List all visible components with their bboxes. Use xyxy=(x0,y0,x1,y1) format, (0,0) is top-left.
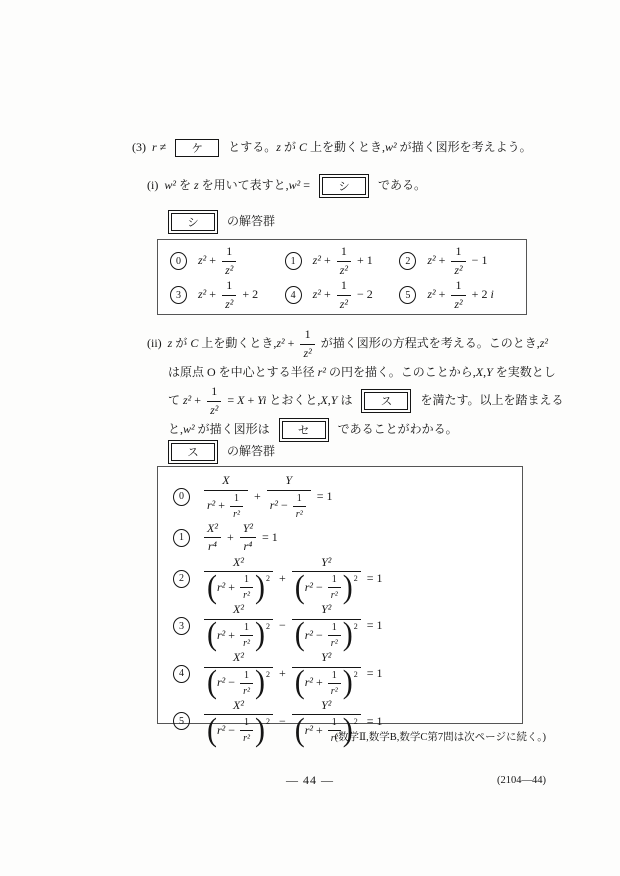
math-variable: r² xyxy=(331,685,338,698)
math-row: z² + 1z² − 2 xyxy=(313,278,373,312)
paren-exponent: 2 xyxy=(266,670,270,680)
math-text: 1 xyxy=(211,384,217,400)
paren-group: (r² − 1r²)2 xyxy=(295,621,358,650)
fraction: Y²(r² + 1r²)2 xyxy=(292,650,361,698)
fraction: 1r² xyxy=(240,716,253,745)
fraction: 1r² xyxy=(328,669,341,698)
answer-slot-シ: シ xyxy=(322,177,366,195)
math-variable: z² xyxy=(198,287,206,303)
close-paren: ) xyxy=(343,623,353,649)
open-paren: ( xyxy=(295,718,305,744)
paren-exponent: 2 xyxy=(354,622,358,632)
math-variable: w² xyxy=(183,422,195,438)
math-row: r² − 1r² xyxy=(305,621,343,650)
math-text: 1 xyxy=(456,244,462,260)
math-text: − xyxy=(313,580,326,596)
math-row: は原点 O を中心とする半径 r² の円を描く。このことから,X,Y を実数とし xyxy=(168,365,556,381)
math-variable: r² xyxy=(217,580,225,596)
math-text: とする。 xyxy=(225,140,276,156)
fraction: Y²(r² − 1r²)2 xyxy=(292,602,361,650)
math-row: r² + 1r² xyxy=(207,492,245,521)
math-text: とおくと, xyxy=(266,393,320,409)
math-variable: z² xyxy=(313,287,321,303)
math-text: = xyxy=(224,393,237,409)
open-paren: ( xyxy=(295,575,305,601)
paren-exponent: 2 xyxy=(354,574,358,584)
math-variable: Yi xyxy=(257,393,266,409)
answer-slot-ス: ス xyxy=(364,392,408,410)
fraction: 1r² xyxy=(328,573,341,602)
math-text: − 2 xyxy=(354,287,373,303)
math-variable: r² xyxy=(305,675,313,691)
math-text: 1 xyxy=(332,716,337,729)
option-row-0: 0z² + 1z² xyxy=(170,244,285,278)
paren-group: (r² + 1r²)2 xyxy=(207,621,270,650)
fraction: X²(r² + 1r²)2 xyxy=(204,555,273,603)
math-variable: X xyxy=(222,473,229,489)
math-variable: r² xyxy=(296,508,303,521)
math-text: (ii) xyxy=(147,336,168,352)
math-text: が xyxy=(281,140,299,156)
math-row: z² + 1z² + 2 xyxy=(198,278,258,312)
math-text: 1 xyxy=(305,327,311,343)
math-variable: Y² xyxy=(321,650,331,666)
math-text: は xyxy=(337,393,355,409)
math-variable: r² xyxy=(331,589,338,602)
math-text: + 2 xyxy=(469,287,491,303)
math-row: て z² + 1z² = X + Yi とおくと,X,Y は ス を満たす。以上… xyxy=(168,384,564,418)
math-text: + xyxy=(206,253,219,269)
math-text: + xyxy=(244,393,257,409)
fraction: X²(r² − 1r²)2 xyxy=(204,650,273,698)
math-text: = 1 xyxy=(364,666,383,682)
paragraph-line-3: て z² + 1z² = X + Yi とおくと,X,Y は ス を満たす。以上… xyxy=(168,384,559,418)
math-text: の円を描く。このことから, xyxy=(326,365,476,381)
circled-number-5: 5 xyxy=(173,712,190,730)
math-row: X²(r² − 1r²)2 + Y²(r² + 1r²)2 = 1 xyxy=(201,650,382,698)
math-variable: r⁴ xyxy=(243,539,252,555)
open-paren: ( xyxy=(207,623,217,649)
fraction: Xr² + 1r² xyxy=(204,473,248,521)
math-text: = 1 xyxy=(364,571,383,587)
math-row: (ii) z が C 上を動くとき,z² + 1z² が描く図形の方程式を考える… xyxy=(147,327,548,361)
math-text: ≠ xyxy=(157,140,170,156)
fraction: 1r² xyxy=(240,573,253,602)
math-text: 1 xyxy=(297,492,302,505)
group-su-header: ス の解答群 xyxy=(162,443,275,461)
math-variable: C xyxy=(299,140,307,156)
continue-note: (数学Ⅱ,数学B,数学C第7問は次ページに続く。) xyxy=(335,729,546,744)
math-row: z² + 1z² + 2 i xyxy=(427,278,493,312)
close-paren: ) xyxy=(255,718,265,744)
math-text: を満たす。以上を踏まえる xyxy=(417,393,563,409)
fraction: 1r² xyxy=(240,621,253,650)
math-row: Xr² + 1r² + Yr² − 1r² = 1 xyxy=(201,473,332,521)
math-row: z² + 1z² + 1 xyxy=(313,244,373,278)
math-text: − xyxy=(313,628,326,644)
math-variable: z² xyxy=(427,253,435,269)
math-variable: z² xyxy=(276,336,284,352)
math-row: (3) r ≠ ケ とする。z が C 上を動くとき,w² が描く図形を考えよう… xyxy=(132,139,532,157)
math-row: r² − 1r² xyxy=(217,716,255,745)
math-text: が描く図形は xyxy=(195,422,273,438)
option-row-3: 3X²(r² + 1r²)2 − Y²(r² − 1r²)2 = 1 xyxy=(173,602,522,650)
math-text: (i) xyxy=(147,178,164,194)
math-text: + xyxy=(191,393,204,409)
close-paren: ) xyxy=(343,670,353,696)
option-row-3: 3z² + 1z² + 2 xyxy=(170,278,285,312)
math-text: − xyxy=(276,714,289,730)
math-variable: X xyxy=(320,393,327,409)
math-text: − xyxy=(276,618,289,634)
math-text: − 1 xyxy=(469,253,488,269)
math-variable: r⁴ xyxy=(208,539,217,555)
fraction: 1z² xyxy=(451,278,465,312)
math-variable: z² xyxy=(340,263,348,279)
math-row: と,w² が描く図形は セ であることがわかる。 xyxy=(168,421,458,439)
math-text: = 1 xyxy=(364,618,383,634)
math-text: + 2 xyxy=(239,287,258,303)
option-row-4: 4z² + 1z² − 2 xyxy=(285,278,400,312)
math-text: 1 xyxy=(244,669,249,682)
math-text: 1 xyxy=(244,621,249,634)
math-text: + xyxy=(436,287,449,303)
math-text: 上を動くとき, xyxy=(198,336,276,352)
math-variable: r² xyxy=(305,723,313,739)
math-variable: Y xyxy=(285,473,292,489)
option-row-2: 2X²(r² + 1r²)2 + Y²(r² − 1r²)2 = 1 xyxy=(173,555,522,603)
close-paren: ) xyxy=(255,575,265,601)
math-row: z² + 1z² − 1 xyxy=(427,244,487,278)
math-variable: z² xyxy=(198,253,206,269)
math-text: が描く図形の方程式を考える。このとき, xyxy=(318,336,540,352)
math-text: を用いて表すと, xyxy=(199,178,289,194)
math-text: を実数とし xyxy=(493,365,556,381)
group-su-options-box: 0Xr² + 1r² + Yr² − 1r² = 11X²r⁴ + Y²r⁴ =… xyxy=(157,466,523,724)
fraction: 1r² xyxy=(328,621,341,650)
math-variable: Y xyxy=(331,393,338,409)
math-text: + xyxy=(225,628,238,644)
math-text: + 1 xyxy=(354,253,373,269)
math-variable: C xyxy=(190,336,198,352)
math-text: 1 xyxy=(332,669,337,682)
circled-number-5: 5 xyxy=(399,286,416,304)
answer-group-title: の解答群 xyxy=(224,444,275,460)
option-row-1: 1X²r⁴ + Y²r⁴ = 1 xyxy=(173,521,522,555)
math-text: 1 xyxy=(244,716,249,729)
math-text: て xyxy=(168,393,183,409)
fraction: X²(r² − 1r²)2 xyxy=(204,698,273,746)
math-variable: r² xyxy=(207,498,215,514)
fraction: 1r² xyxy=(293,492,306,521)
answer-slot-シ: シ xyxy=(171,213,215,231)
circled-number-3: 3 xyxy=(173,617,190,635)
math-row: r² + 1r² xyxy=(217,621,255,650)
math-text: 1 xyxy=(226,244,232,260)
paren-group: (r² − 1r²)2 xyxy=(207,716,270,745)
math-text: である。 xyxy=(375,178,426,194)
paren-exponent: 2 xyxy=(354,670,358,680)
exam-page: (3) r ≠ ケ とする。z が C 上を動くとき,w² が描く図形を考えよう… xyxy=(0,0,620,876)
close-paren: ) xyxy=(255,623,265,649)
math-row: r² + 1r² xyxy=(305,669,343,698)
math-variable: w² xyxy=(289,178,301,194)
math-row: r² − 1r² xyxy=(217,669,255,698)
math-text: 上を動くとき, xyxy=(307,140,385,156)
option-row-2: 2z² + 1z² − 1 xyxy=(399,244,514,278)
math-variable: z² xyxy=(210,403,218,419)
paren-exponent: 2 xyxy=(266,622,270,632)
math-variable: r² xyxy=(233,508,240,521)
close-paren: ) xyxy=(343,575,353,601)
math-variable: z² xyxy=(225,263,233,279)
answer-slot-セ: セ xyxy=(282,421,326,439)
open-paren: ( xyxy=(207,575,217,601)
math-text: + xyxy=(276,571,289,587)
math-text: + xyxy=(251,489,264,505)
math-row: (i) w² を z を用いて表すと,w² = シ である。 xyxy=(147,177,426,195)
math-variable: r² xyxy=(217,628,225,644)
math-text: + xyxy=(206,287,219,303)
fraction: 1z² xyxy=(337,278,351,312)
math-row: X²r⁴ + Y²r⁴ = 1 xyxy=(201,521,278,555)
math-variable: Y² xyxy=(321,602,331,618)
fraction: 1r² xyxy=(240,669,253,698)
paren-group: (r² + 1r²)2 xyxy=(207,573,270,602)
math-text: 1 xyxy=(456,278,462,294)
math-variable: w² xyxy=(164,178,176,194)
fraction: 1z² xyxy=(222,278,236,312)
question-3ii-paragraph: (ii) z が C 上を動くとき,z² + 1z² が描く図形の方程式を考える… xyxy=(147,327,559,441)
paren-exponent: 2 xyxy=(266,717,270,727)
math-variable: X² xyxy=(233,650,244,666)
math-text: − xyxy=(225,675,238,691)
paren-exponent: 2 xyxy=(266,574,270,584)
fraction: 1z² xyxy=(451,244,465,278)
math-text: + xyxy=(225,580,238,596)
math-variable: Y xyxy=(486,365,493,381)
math-text: は原点 O を中心とする半径 xyxy=(168,365,318,381)
math-text: + xyxy=(285,336,298,352)
math-text: − xyxy=(278,498,291,514)
fraction: 1z² xyxy=(337,244,351,278)
circled-number-3: 3 xyxy=(170,286,187,304)
math-text: 1 xyxy=(332,621,337,634)
fraction: 1z² xyxy=(222,244,236,278)
math-variable: r² xyxy=(305,628,313,644)
open-paren: ( xyxy=(295,623,305,649)
fraction: X²r⁴ xyxy=(204,521,221,555)
option-row-1: 1z² + 1z² + 1 xyxy=(285,244,400,278)
math-variable: r² xyxy=(331,637,338,650)
paren-group: (r² − 1r²)2 xyxy=(295,573,358,602)
math-variable: X² xyxy=(207,521,218,537)
math-variable: X² xyxy=(233,602,244,618)
math-variable: r² xyxy=(318,365,326,381)
paren-group: (r² + 1r²)2 xyxy=(295,669,358,698)
math-text: + xyxy=(276,666,289,682)
math-variable: w² xyxy=(385,140,397,156)
paragraph-line-2: は原点 O を中心とする半径 r² の円を描く。このことから,X,Y を実数とし xyxy=(168,361,559,384)
paragraph-line-1: (ii) z が C 上を動くとき,z² + 1z² が描く図形の方程式を考える… xyxy=(147,327,559,361)
fraction: Y²(r² − 1r²)2 xyxy=(292,555,361,603)
fraction: Yr² − 1r² xyxy=(267,473,311,521)
circled-number-0: 0 xyxy=(170,252,187,270)
math-text: が xyxy=(172,336,190,352)
fraction: 1r² xyxy=(230,492,243,521)
math-variable: r² xyxy=(305,580,313,596)
math-text: = xyxy=(300,178,313,194)
math-text: 1 xyxy=(226,278,232,294)
math-text: と, xyxy=(168,422,183,438)
math-variable: z² xyxy=(340,297,348,313)
math-variable: Y² xyxy=(321,555,331,571)
group-shi-header: シ の解答群 xyxy=(162,213,275,231)
open-paren: ( xyxy=(295,670,305,696)
math-row: r² + 1r² xyxy=(217,573,255,602)
math-variable: z² xyxy=(225,297,233,313)
math-text: + xyxy=(436,253,449,269)
math-variable: z² xyxy=(313,253,321,269)
open-paren: ( xyxy=(207,670,217,696)
answer-slot-ケ: ケ xyxy=(175,139,219,157)
math-text: + xyxy=(224,530,237,546)
math-variable: z² xyxy=(454,297,462,313)
math-text: 1 xyxy=(341,244,347,260)
math-variable: r² xyxy=(270,498,278,514)
math-variable: Y² xyxy=(243,521,253,537)
math-text: + xyxy=(321,287,334,303)
math-variable: i xyxy=(490,287,493,303)
close-paren: ) xyxy=(255,670,265,696)
math-row: X²(r² + 1r²)2 + Y²(r² − 1r²)2 = 1 xyxy=(201,555,382,603)
paragraph-line-4: と,w² が描く図形は セ であることがわかる。 xyxy=(168,418,559,441)
math-text: = 1 xyxy=(364,714,383,730)
math-text: 1 xyxy=(332,573,337,586)
circled-number-1: 1 xyxy=(285,252,302,270)
circled-number-2: 2 xyxy=(173,570,190,588)
math-variable: r² xyxy=(243,589,250,602)
math-variable: z² xyxy=(427,287,435,303)
math-text: (3) xyxy=(132,140,152,156)
fraction: Y²r⁴ xyxy=(240,521,256,555)
math-text: 1 xyxy=(341,278,347,294)
question-3-statement: (3) r ≠ ケ とする。z が C 上を動くとき,w² が描く図形を考えよう… xyxy=(132,139,532,157)
question-3i-statement: (i) w² を z を用いて表すと,w² = シ である。 xyxy=(147,177,426,195)
math-variable: r² xyxy=(243,685,250,698)
group-shi-options-box: 0z² + 1z²1z² + 1z² + 12z² + 1z² − 13z² +… xyxy=(157,239,527,315)
math-text: + xyxy=(321,253,334,269)
math-text: であることがわかる。 xyxy=(335,422,458,438)
fraction: 1z² xyxy=(207,384,221,418)
math-variable: z² xyxy=(303,346,311,362)
math-variable: r² xyxy=(217,675,225,691)
option-row-5: 5z² + 1z² + 2 i xyxy=(399,278,514,312)
math-text: − xyxy=(225,723,238,739)
math-variable: Y² xyxy=(321,698,331,714)
fraction: X²(r² + 1r²)2 xyxy=(204,602,273,650)
circled-number-2: 2 xyxy=(399,252,416,270)
math-text: 1 xyxy=(244,573,249,586)
math-variable: r² xyxy=(217,723,225,739)
math-row: r² − 1r² xyxy=(270,492,308,521)
open-paren: ( xyxy=(207,718,217,744)
math-variable: z² xyxy=(183,393,191,409)
circled-number-1: 1 xyxy=(173,529,190,547)
math-variable: X xyxy=(476,365,483,381)
circled-number-0: 0 xyxy=(173,488,190,506)
circled-number-4: 4 xyxy=(285,286,302,304)
paren-exponent: 2 xyxy=(354,717,358,727)
answer-group-title: の解答群 xyxy=(224,214,275,230)
math-text: = 1 xyxy=(259,530,278,546)
math-variable: X² xyxy=(233,698,244,714)
option-row-0: 0Xr² + 1r² + Yr² − 1r² = 1 xyxy=(173,473,522,521)
math-text: + xyxy=(313,675,326,691)
circled-number-4: 4 xyxy=(173,665,190,683)
math-variable: r² xyxy=(243,637,250,650)
math-variable: X xyxy=(237,393,244,409)
math-text: + xyxy=(313,723,326,739)
math-row: X²(r² + 1r²)2 − Y²(r² − 1r²)2 = 1 xyxy=(201,602,382,650)
math-text: が描く図形を考えよう。 xyxy=(397,140,532,156)
math-text: + xyxy=(215,498,228,514)
page-code: (2104—44) xyxy=(497,775,546,786)
math-text: を xyxy=(176,178,194,194)
math-variable: r² xyxy=(243,732,250,745)
math-variable: z² xyxy=(540,336,548,352)
math-variable: X² xyxy=(233,555,244,571)
math-row: r² − 1r² xyxy=(305,573,343,602)
answer-slot-ス: ス xyxy=(171,443,215,461)
math-text: 1 xyxy=(234,492,239,505)
paren-group: (r² − 1r²)2 xyxy=(207,669,270,698)
option-row-4: 4X²(r² − 1r²)2 + Y²(r² + 1r²)2 = 1 xyxy=(173,650,522,698)
math-row: z² + 1z² xyxy=(198,244,239,278)
math-text: = 1 xyxy=(314,489,333,505)
math-variable: z² xyxy=(454,263,462,279)
fraction: 1z² xyxy=(300,327,314,361)
